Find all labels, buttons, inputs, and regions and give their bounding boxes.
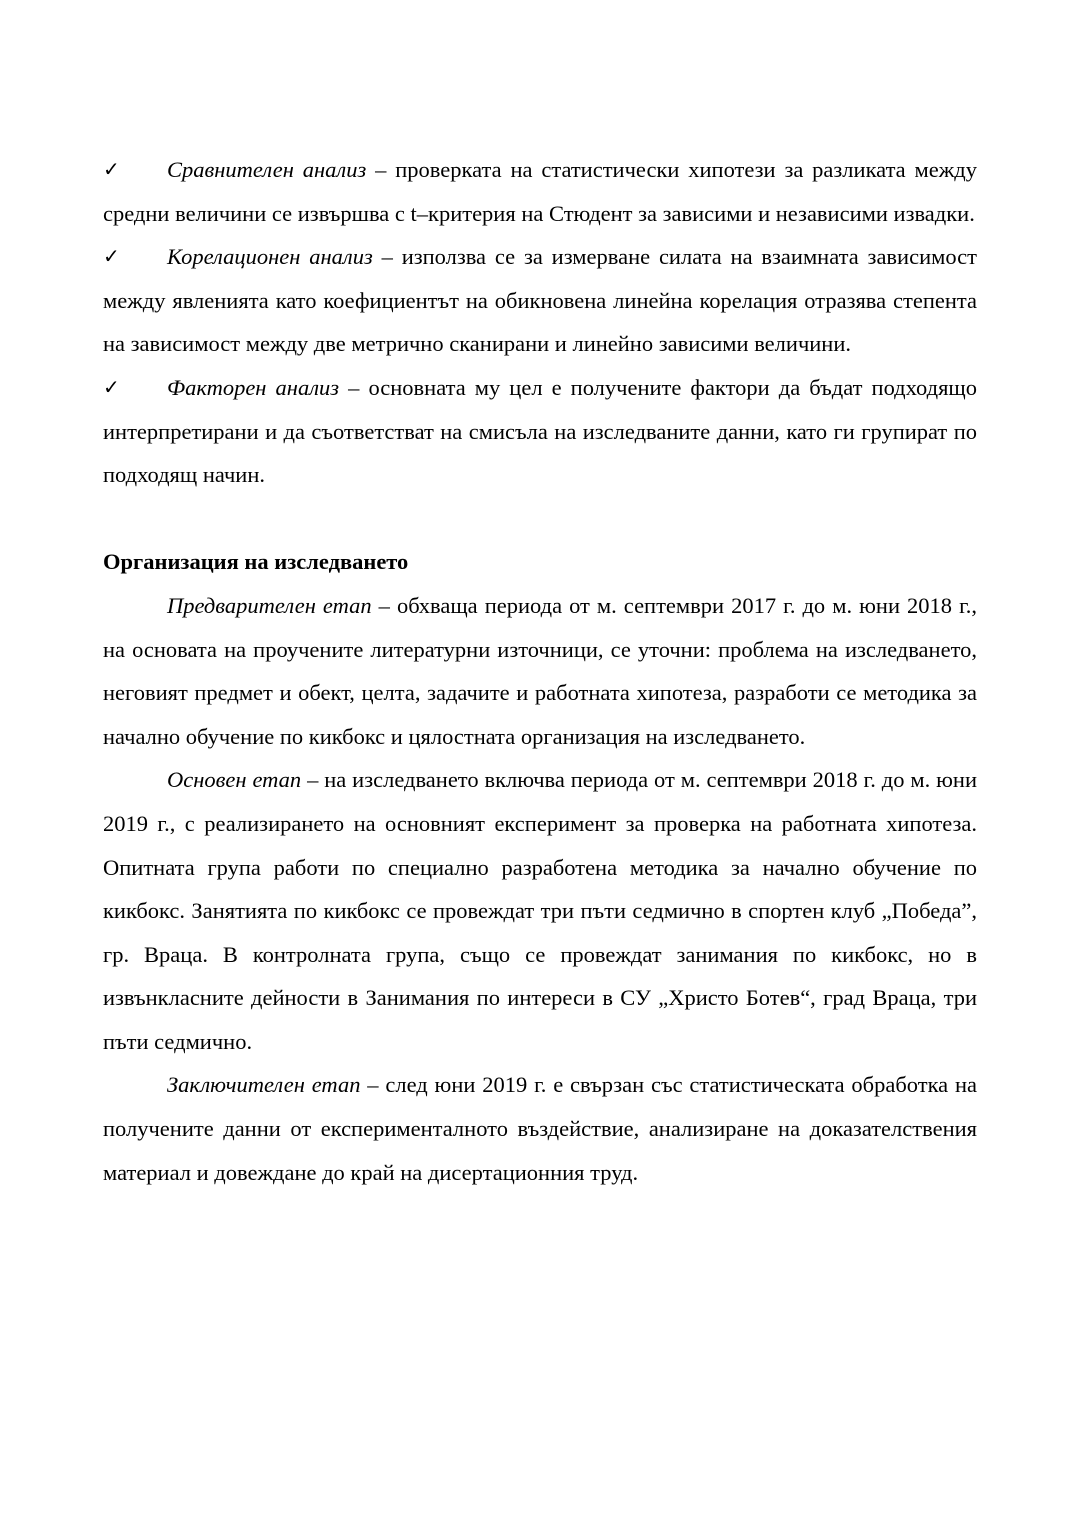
stage-main: Основен етап – на изследването включва п…: [103, 758, 977, 1063]
checkmark-icon: ✓: [103, 148, 120, 192]
bullet-dash: –: [339, 375, 368, 400]
section-heading: Организация на изследването: [103, 540, 977, 584]
stage-dash: –: [301, 767, 324, 792]
stage-term: Предварителен етап: [167, 593, 372, 618]
bullet-factor-analysis: ✓Факторен анализ – основната му цел е по…: [103, 366, 977, 497]
stage-dash: –: [372, 593, 397, 618]
stage-preliminary: Предварителен етап – обхваща периода от …: [103, 584, 977, 758]
document-page: ✓Сравнителен анализ – проверката на стат…: [103, 148, 977, 1194]
stage-term: Основен етап: [167, 767, 301, 792]
bullet-term: Факторен анализ: [167, 375, 339, 400]
bullet-term: Сравнителен анализ: [167, 157, 366, 182]
checkmark-icon: ✓: [103, 366, 120, 410]
bullet-comparative-analysis: ✓Сравнителен анализ – проверката на стат…: [103, 148, 977, 235]
bullet-dash: –: [373, 244, 402, 269]
bullet-dash: –: [366, 157, 395, 182]
stage-dash: –: [360, 1072, 385, 1097]
checkmark-icon: ✓: [103, 235, 120, 279]
bullet-term: Корелационен анализ: [167, 244, 373, 269]
stage-final: Заключителен етап – след юни 2019 г. е с…: [103, 1063, 977, 1194]
stage-term: Заключителен етап: [167, 1072, 360, 1097]
bullet-correlation-analysis: ✓Корелационен анализ – използва се за из…: [103, 235, 977, 366]
stage-text: на изследването включва периода от м. се…: [103, 767, 977, 1054]
